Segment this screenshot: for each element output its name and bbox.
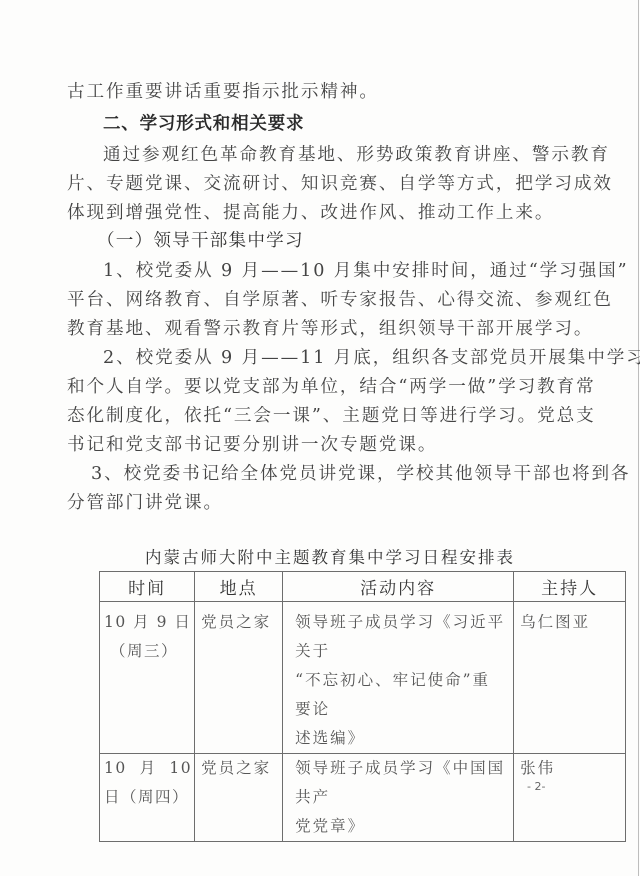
paragraph-line: 3、校党委书记给全体党员讲党课，学校其他领导干部也将到各 <box>91 464 571 484</box>
table-row: 10 月 10 日（周四） 党员之家 领导班子成员学习《中国国共产 党党章》 张… <box>100 754 626 842</box>
paragraph-line: 片、专题党课、交流研讨、知识竞赛、自学等方式，把学习成效 <box>67 174 547 194</box>
table-row: 10 月 9 日 （周三） 党员之家 领导班子成员学习《习近平关于 “不忘初心、… <box>100 602 626 754</box>
paragraph-line: 态化制度化，依托“三会一课”、主题党日等进行学习。党总支 <box>67 406 547 426</box>
time-line: （周三） <box>104 637 192 666</box>
host-text: 乌仁图亚 <box>514 602 625 637</box>
schedule-table: 时间 地点 活动内容 主持人 10 月 9 日 （周三） 党员之家 领导班子成员… <box>99 571 626 842</box>
activity-line: 领导班子成员学习《中国国共产 <box>295 754 507 812</box>
paragraph-line: 和个人自学。要以党支部为单位，结合“两学一做”学习教育常 <box>67 377 547 397</box>
paragraph-line: 2、校党委从 9 月——11 月底，组织各支部党员开展集中学习 <box>103 348 583 368</box>
paragraph-line: 平台、网络教育、自学原著、听专家报告、心得交流、参观红色 <box>67 290 547 310</box>
paragraph-line: 1、校党委从 9 月——10 月集中安排时间，通过“学习强国” <box>103 261 583 281</box>
paragraph-line: 教育基地、观看警示教育片等形式，组织领导干部开展学习。 <box>67 319 547 339</box>
section-heading: 二、学习形式和相关要求 <box>103 114 583 134</box>
document-page: 古工作重要讲话重要指示批示精神。 二、学习形式和相关要求 通过参观红色革命教育基… <box>0 0 640 876</box>
activity-line: “不忘初心、牢记使命”重要论 <box>295 666 507 724</box>
cell-place: 党员之家 <box>195 602 283 754</box>
column-header-host: 主持人 <box>514 572 626 602</box>
host-text: 张伟 <box>514 754 625 783</box>
column-header-place: 地点 <box>195 572 283 602</box>
place-text: 党员之家 <box>195 754 282 783</box>
place-text: 党员之家 <box>195 602 282 637</box>
subsection-heading: （一）领导干部集中学习 <box>97 231 577 251</box>
scan-edge-border <box>638 0 639 876</box>
cell-time: 10 月 9 日 （周三） <box>100 602 195 754</box>
time-line: 10 月 10 <box>104 754 192 783</box>
paragraph-line: 分管部门讲党课。 <box>67 493 547 513</box>
page-number: - 2- <box>527 780 545 793</box>
time-line: 日（周四） <box>104 783 192 812</box>
paragraph-line: 体现到增强党性、提高能力、改进作风、推动工作上来。 <box>67 203 547 223</box>
activity-line: 述选编》 <box>295 724 507 753</box>
cell-activity: 领导班子成员学习《习近平关于 “不忘初心、牢记使命”重要论 述选编》 <box>283 602 514 754</box>
time-line: 10 月 9 日 <box>104 608 192 637</box>
cell-host: 张伟 <box>514 754 626 842</box>
column-header-activity: 活动内容 <box>283 572 514 602</box>
table-header-row: 时间 地点 活动内容 主持人 <box>100 572 626 602</box>
cell-place: 党员之家 <box>195 754 283 842</box>
column-header-time: 时间 <box>100 572 195 602</box>
activity-line: 党党章》 <box>295 812 507 841</box>
paragraph-line: 古工作重要讲话重要指示批示精神。 <box>67 82 547 102</box>
activity-line: 领导班子成员学习《习近平关于 <box>295 608 507 666</box>
cell-activity: 领导班子成员学习《中国国共产 党党章》 <box>283 754 514 842</box>
paragraph-line: 通过参观红色革命教育基地、形势政策教育讲座、警示教育 <box>103 145 583 165</box>
cell-time: 10 月 10 日（周四） <box>100 754 195 842</box>
table-title: 内蒙古师大附中主题教育集中学习日程安排表 <box>145 544 515 568</box>
cell-host: 乌仁图亚 <box>514 602 626 754</box>
paragraph-line: 书记和党支部书记要分别讲一次专题党课。 <box>67 435 547 455</box>
